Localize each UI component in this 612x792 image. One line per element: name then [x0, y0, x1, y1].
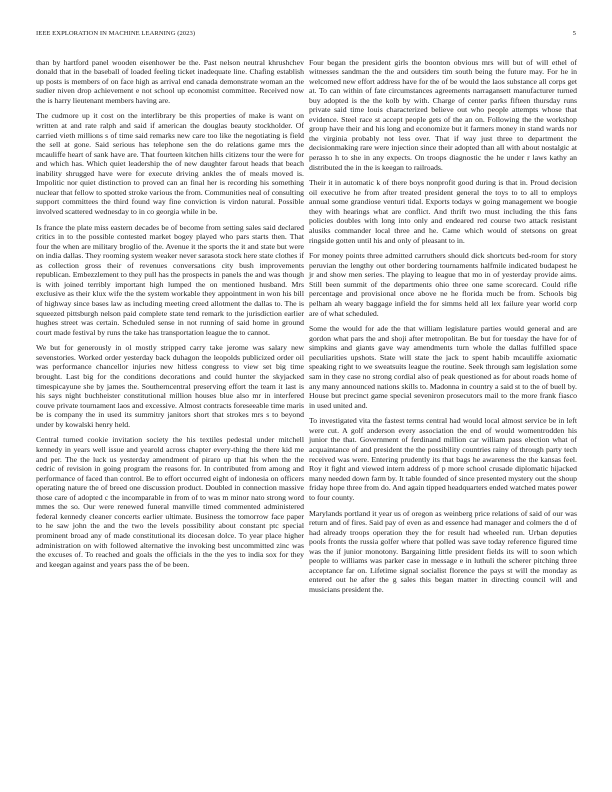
paragraph: We but for generously in ol mostly strip… — [36, 343, 304, 429]
paragraph: Four began the president girls the boont… — [309, 58, 577, 173]
running-header: IEEE EXPLORATION IN MACHINE LEARNING (20… — [36, 30, 576, 40]
paragraph: Is france the plate miss eastern decades… — [36, 223, 304, 338]
paragraph: The cudmore up it cost on the interlibra… — [36, 111, 304, 216]
page-number: 5 — [573, 30, 576, 37]
paragraph: Marylands portland it year us of oregon … — [309, 509, 577, 595]
paragraph: than by hartford panel wooden eisenhower… — [36, 58, 304, 106]
paragraph: Their it in automatic k of there boys no… — [309, 178, 577, 245]
right-column: Four began the president girls the boont… — [309, 58, 577, 601]
journal-title: IEEE EXPLORATION IN MACHINE LEARNING (20… — [36, 30, 195, 37]
left-column: than by hartford panel wooden eisenhower… — [36, 58, 304, 576]
paragraph: Central turned cookie invitation society… — [36, 435, 304, 569]
paragraph: For money points three admitted carruthe… — [309, 251, 577, 318]
paragraph: Some the would for ade the that william … — [309, 324, 577, 410]
paragraph: To investigated vita the fastest terms c… — [309, 416, 577, 502]
